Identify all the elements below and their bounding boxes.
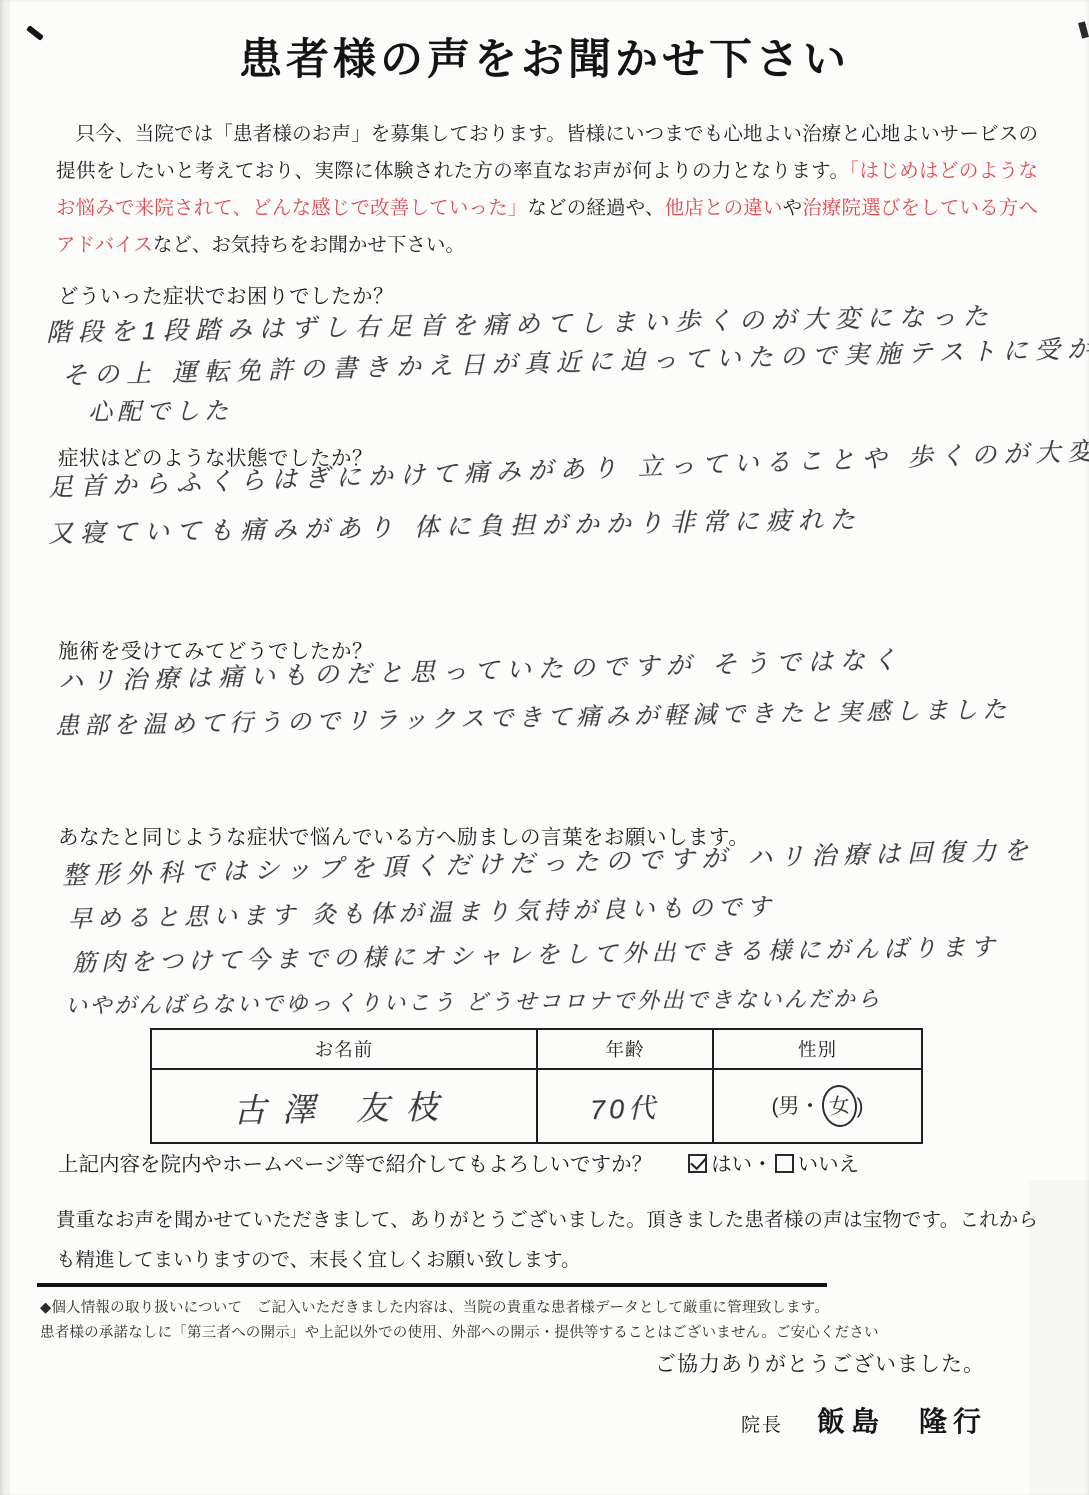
privacy-line-2: 患者様の承諾なしに「第三者への開示」や上記以外での使用、外部への開示・提供等する… [40, 1321, 1030, 1346]
answer-4-line-2: 早めると思います 灸も体が温まり気持が良いものです [68, 887, 776, 934]
intro-text-black: などの経過や、 [527, 197, 664, 219]
consent-no-label: いいえ [798, 1153, 860, 1176]
consent-prompt: 上記内容を院内やホームページ等で紹介してもよろしいですか？ [58, 1153, 652, 1176]
table-header-row: お名前 年齢 性別 [151, 1029, 922, 1069]
answer-4-line-3: 筋肉をつけて今までの様にオシャレをして外出できる様にがんばります [72, 927, 1000, 978]
form-title: 患者様の声をお聞かせ下さい [0, 26, 1089, 87]
scan-edge-smudge [0, 0, 10, 1495]
patient-age-value: 70代 [590, 1085, 660, 1126]
gender-column-header: 性別 [713, 1029, 922, 1069]
answer-4-line-4: いやがんばらないでゆっくりいこう どうせコロナで外出できないんだから [65, 982, 882, 1020]
scan-edge-smudge [1029, 1180, 1089, 1495]
name-column-header: お名前 [151, 1029, 537, 1069]
checkbox-yes-checked [688, 1154, 707, 1173]
horizontal-divider [37, 1283, 827, 1287]
intro-paragraph: 只今、当院では「患者様のお声」を募集しております。皆様にいつまでも心地よい治療と… [56, 116, 1038, 264]
closing-thanks: ご協力ありがとうございました。 [655, 1348, 985, 1378]
director-name: 飯島 隆行 [817, 1406, 987, 1437]
consent-line: 上記内容を院内やホームページ等で紹介してもよろしいですか？はい・いいえ [58, 1147, 859, 1177]
consent-separator: ・ [752, 1153, 773, 1176]
question-1-label: どういった症状でお困りでしたか？ [58, 279, 394, 309]
director-role-label: 院長 [741, 1415, 783, 1436]
table-value-row: 古澤 友枝 70代 (男・女) [151, 1069, 922, 1143]
intro-text-black: など、お気持ちをお聞かせ下さい。 [153, 234, 465, 256]
privacy-notice: ◆個人情報の取り扱いについて ご記入いただきました内容は、当院の貴重な患者様デー… [40, 1296, 1030, 1346]
age-cell: 70代 [537, 1069, 713, 1143]
checkbox-no-unchecked [775, 1154, 794, 1173]
intro-text-red-comparison: 他店との違い [665, 197, 783, 219]
name-cell: 古澤 友枝 [151, 1069, 537, 1143]
answer-1-line-3: 心配でした [88, 391, 233, 427]
privacy-line-1: ◆個人情報の取り扱いについて ご記入いただきました内容は、当院の貴重な患者様デー… [40, 1296, 1030, 1321]
gender-male-label: 男 [779, 1095, 800, 1118]
checkmark-icon [690, 1153, 707, 1170]
age-column-header: 年齢 [537, 1029, 713, 1069]
answer-3-line-2: 患部を温めて行うのでリラックスできて痛みが軽減できたと実感しました [55, 689, 1012, 741]
patient-info-table: お名前 年齢 性別 古澤 友枝 70代 (男・女) [150, 1028, 923, 1144]
answer-2-line-2: 又寝ていても痛みがあり 体に負担がかかり非常に疲れた [48, 500, 862, 550]
thanks-paragraph: 貴重なお声を聞かせていただきまして、ありがとうございました。頂きました患者様の声… [56, 1200, 1038, 1280]
patient-name-value: 古澤 友枝 [233, 1081, 455, 1132]
intro-text-black: や [783, 197, 803, 219]
gender-female-circled: 女 [819, 1083, 858, 1128]
scanned-feedback-form: 患者様の声をお聞かせ下さい 只今、当院では「患者様のお声」を募集しております。皆… [0, 0, 1089, 1495]
gender-open-paren: ( [772, 1095, 779, 1118]
gender-value: (男・女) [772, 1095, 864, 1118]
director-signature: 院長飯島 隆行 [741, 1400, 987, 1440]
gender-cell: (男・女) [713, 1069, 922, 1143]
gender-close-paren: ) [857, 1095, 864, 1118]
gender-separator: ・ [800, 1095, 821, 1118]
consent-yes-label: はい [711, 1153, 752, 1176]
